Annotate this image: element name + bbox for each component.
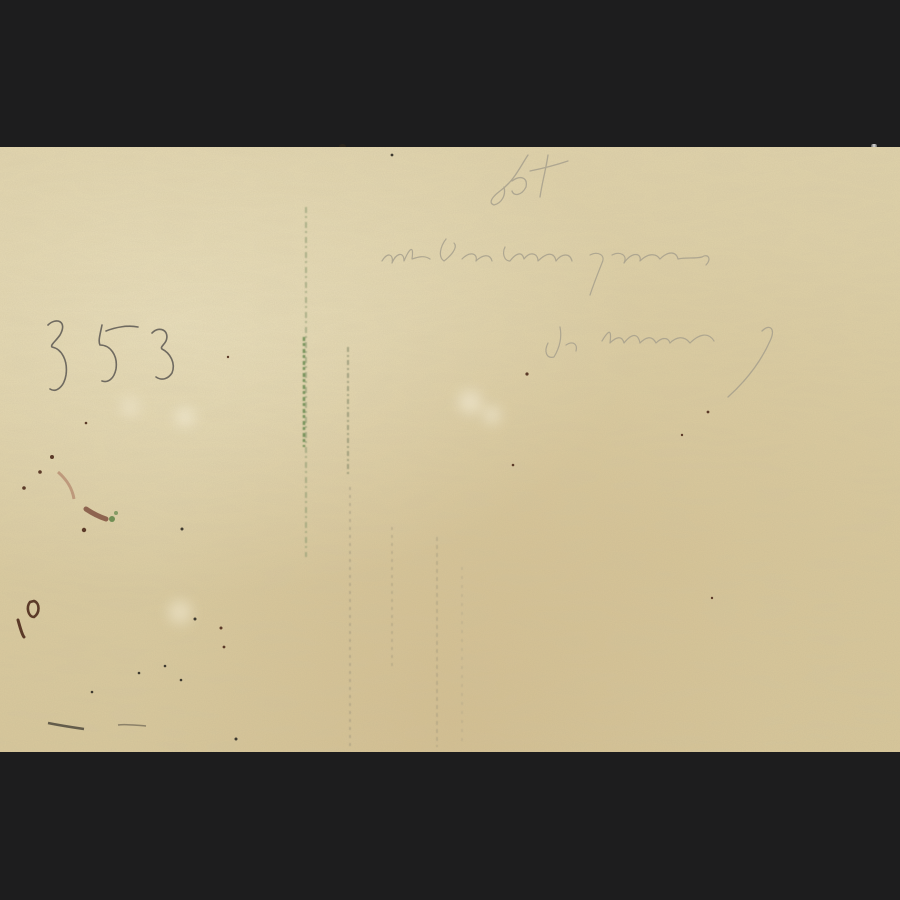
photo-stage: 353 Lot … Sur rougeaux et … 10 [0,0,900,900]
paper-sheet: 353 Lot … Sur rougeaux et … 10 [0,147,900,752]
paper-markings [0,147,900,752]
